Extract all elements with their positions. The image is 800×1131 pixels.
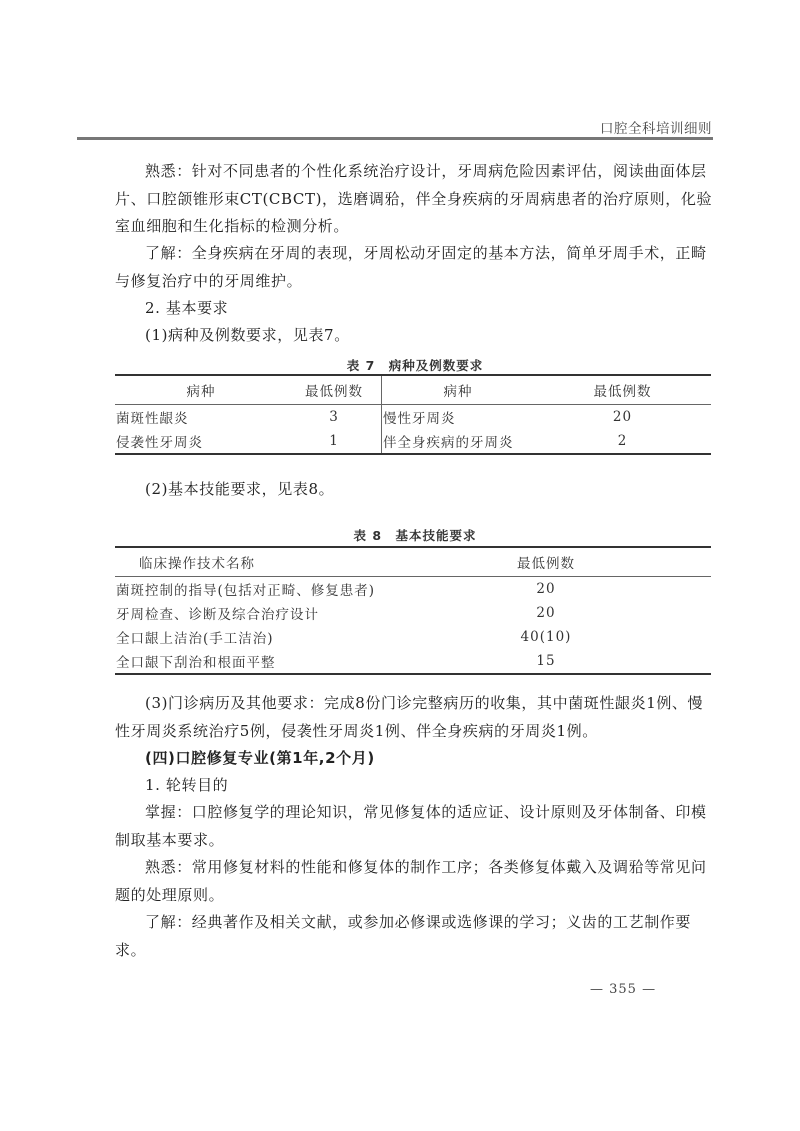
table-cell: 全口龈下刮治和根面平整 [115, 649, 480, 674]
paragraph-familiar: 熟悉：针对不同患者的个性化系统治疗设计，牙周病危险因素评估，阅读曲面体层片、口腔… [115, 158, 715, 241]
table-cell: 菌斑控制的指导(包括对正畸、修复患者) [115, 577, 480, 602]
table-header: 最低例数 [480, 547, 711, 577]
table-row: 牙周检查、诊断及综合治疗设计 20 [115, 601, 711, 625]
table8-caption: 表 8 基本技能要求 [115, 526, 715, 544]
table-row: 侵袭性牙周炎 1 伴全身疾病的牙周炎 2 [115, 429, 711, 454]
table-cell: 15 [480, 649, 711, 674]
section-heading-basic-requirements: 2. 基本要求 [115, 295, 715, 323]
table-cell: 2 [534, 429, 711, 454]
table7-caption: 表 7 病种及例数要求 [115, 356, 715, 374]
paragraph-table8-ref: (2)基本技能要求，见表8。 [115, 476, 715, 504]
page-number: — 355 — [590, 982, 656, 997]
table-cell: 20 [534, 405, 711, 430]
table-header: 最低例数 [534, 375, 711, 405]
table-header-row: 病种 最低例数 病种 最低例数 [115, 375, 711, 405]
table-cell: 牙周检查、诊断及综合治疗设计 [115, 601, 480, 625]
table-cell: 40(10) [480, 625, 711, 649]
running-head: 口腔全科培训细则 [560, 117, 712, 137]
table-cell: 20 [480, 601, 711, 625]
table7: 病种 最低例数 病种 最低例数 菌斑性龈炎 3 慢性牙周炎 20 侵袭性牙周炎 … [115, 374, 711, 455]
table-cell: 伴全身疾病的牙周炎 [382, 429, 535, 454]
paragraph-understand-2: 了解：经典著作及相关文献，或参加必修课或选修课的学习；义齿的工艺制作要求。 [115, 909, 715, 964]
table-row: 全口龈下刮治和根面平整 15 [115, 649, 711, 674]
table-header: 病种 [382, 375, 535, 405]
table-header: 临床操作技术名称 [115, 547, 480, 577]
table-header: 病种 [115, 375, 287, 405]
table-cell: 全口龈上洁治(手工洁治) [115, 625, 480, 649]
header-rule [77, 137, 713, 140]
table-cell: 菌斑性龈炎 [115, 405, 287, 430]
table-cell: 1 [287, 429, 382, 454]
section-heading-prosthodontics: (四)口腔修复专业(第1年,2个月) [115, 745, 715, 773]
table-cell: 慢性牙周炎 [382, 405, 535, 430]
paragraph-master: 掌握：口腔修复学的理论知识，常见修复体的适应证、设计原则及牙体制备、印模制取基本… [115, 799, 715, 854]
table-header: 最低例数 [287, 375, 382, 405]
table-row: 全口龈上洁治(手工洁治) 40(10) [115, 625, 711, 649]
table-cell: 3 [287, 405, 382, 430]
table8: 临床操作技术名称 最低例数 菌斑控制的指导(包括对正畸、修复患者) 20 牙周检… [115, 546, 711, 675]
section-heading-rotation-purpose: 1. 轮转目的 [115, 772, 715, 800]
paragraph-table7-ref: (1)病种及例数要求，见表7。 [115, 322, 715, 350]
table-row: 菌斑控制的指导(包括对正畸、修复患者) 20 [115, 577, 711, 602]
paragraph-outpatient-records: (3)门诊病历及其他要求：完成8份门诊完整病历的收集，其中菌斑性龈炎1例、慢性牙… [115, 690, 715, 745]
table-cell: 20 [480, 577, 711, 602]
paragraph-understand: 了解：全身疾病在牙周的表现，牙周松动牙固定的基本方法，简单牙周手术，正畸与修复治… [115, 240, 715, 295]
table-header-row: 临床操作技术名称 最低例数 [115, 547, 711, 577]
table-cell: 侵袭性牙周炎 [115, 429, 287, 454]
paragraph-familiar-2: 熟悉：常用修复材料的性能和修复体的制作工序；各类修复体戴入及调𬌗等常见问题的处理… [115, 854, 715, 909]
table-row: 菌斑性龈炎 3 慢性牙周炎 20 [115, 405, 711, 430]
